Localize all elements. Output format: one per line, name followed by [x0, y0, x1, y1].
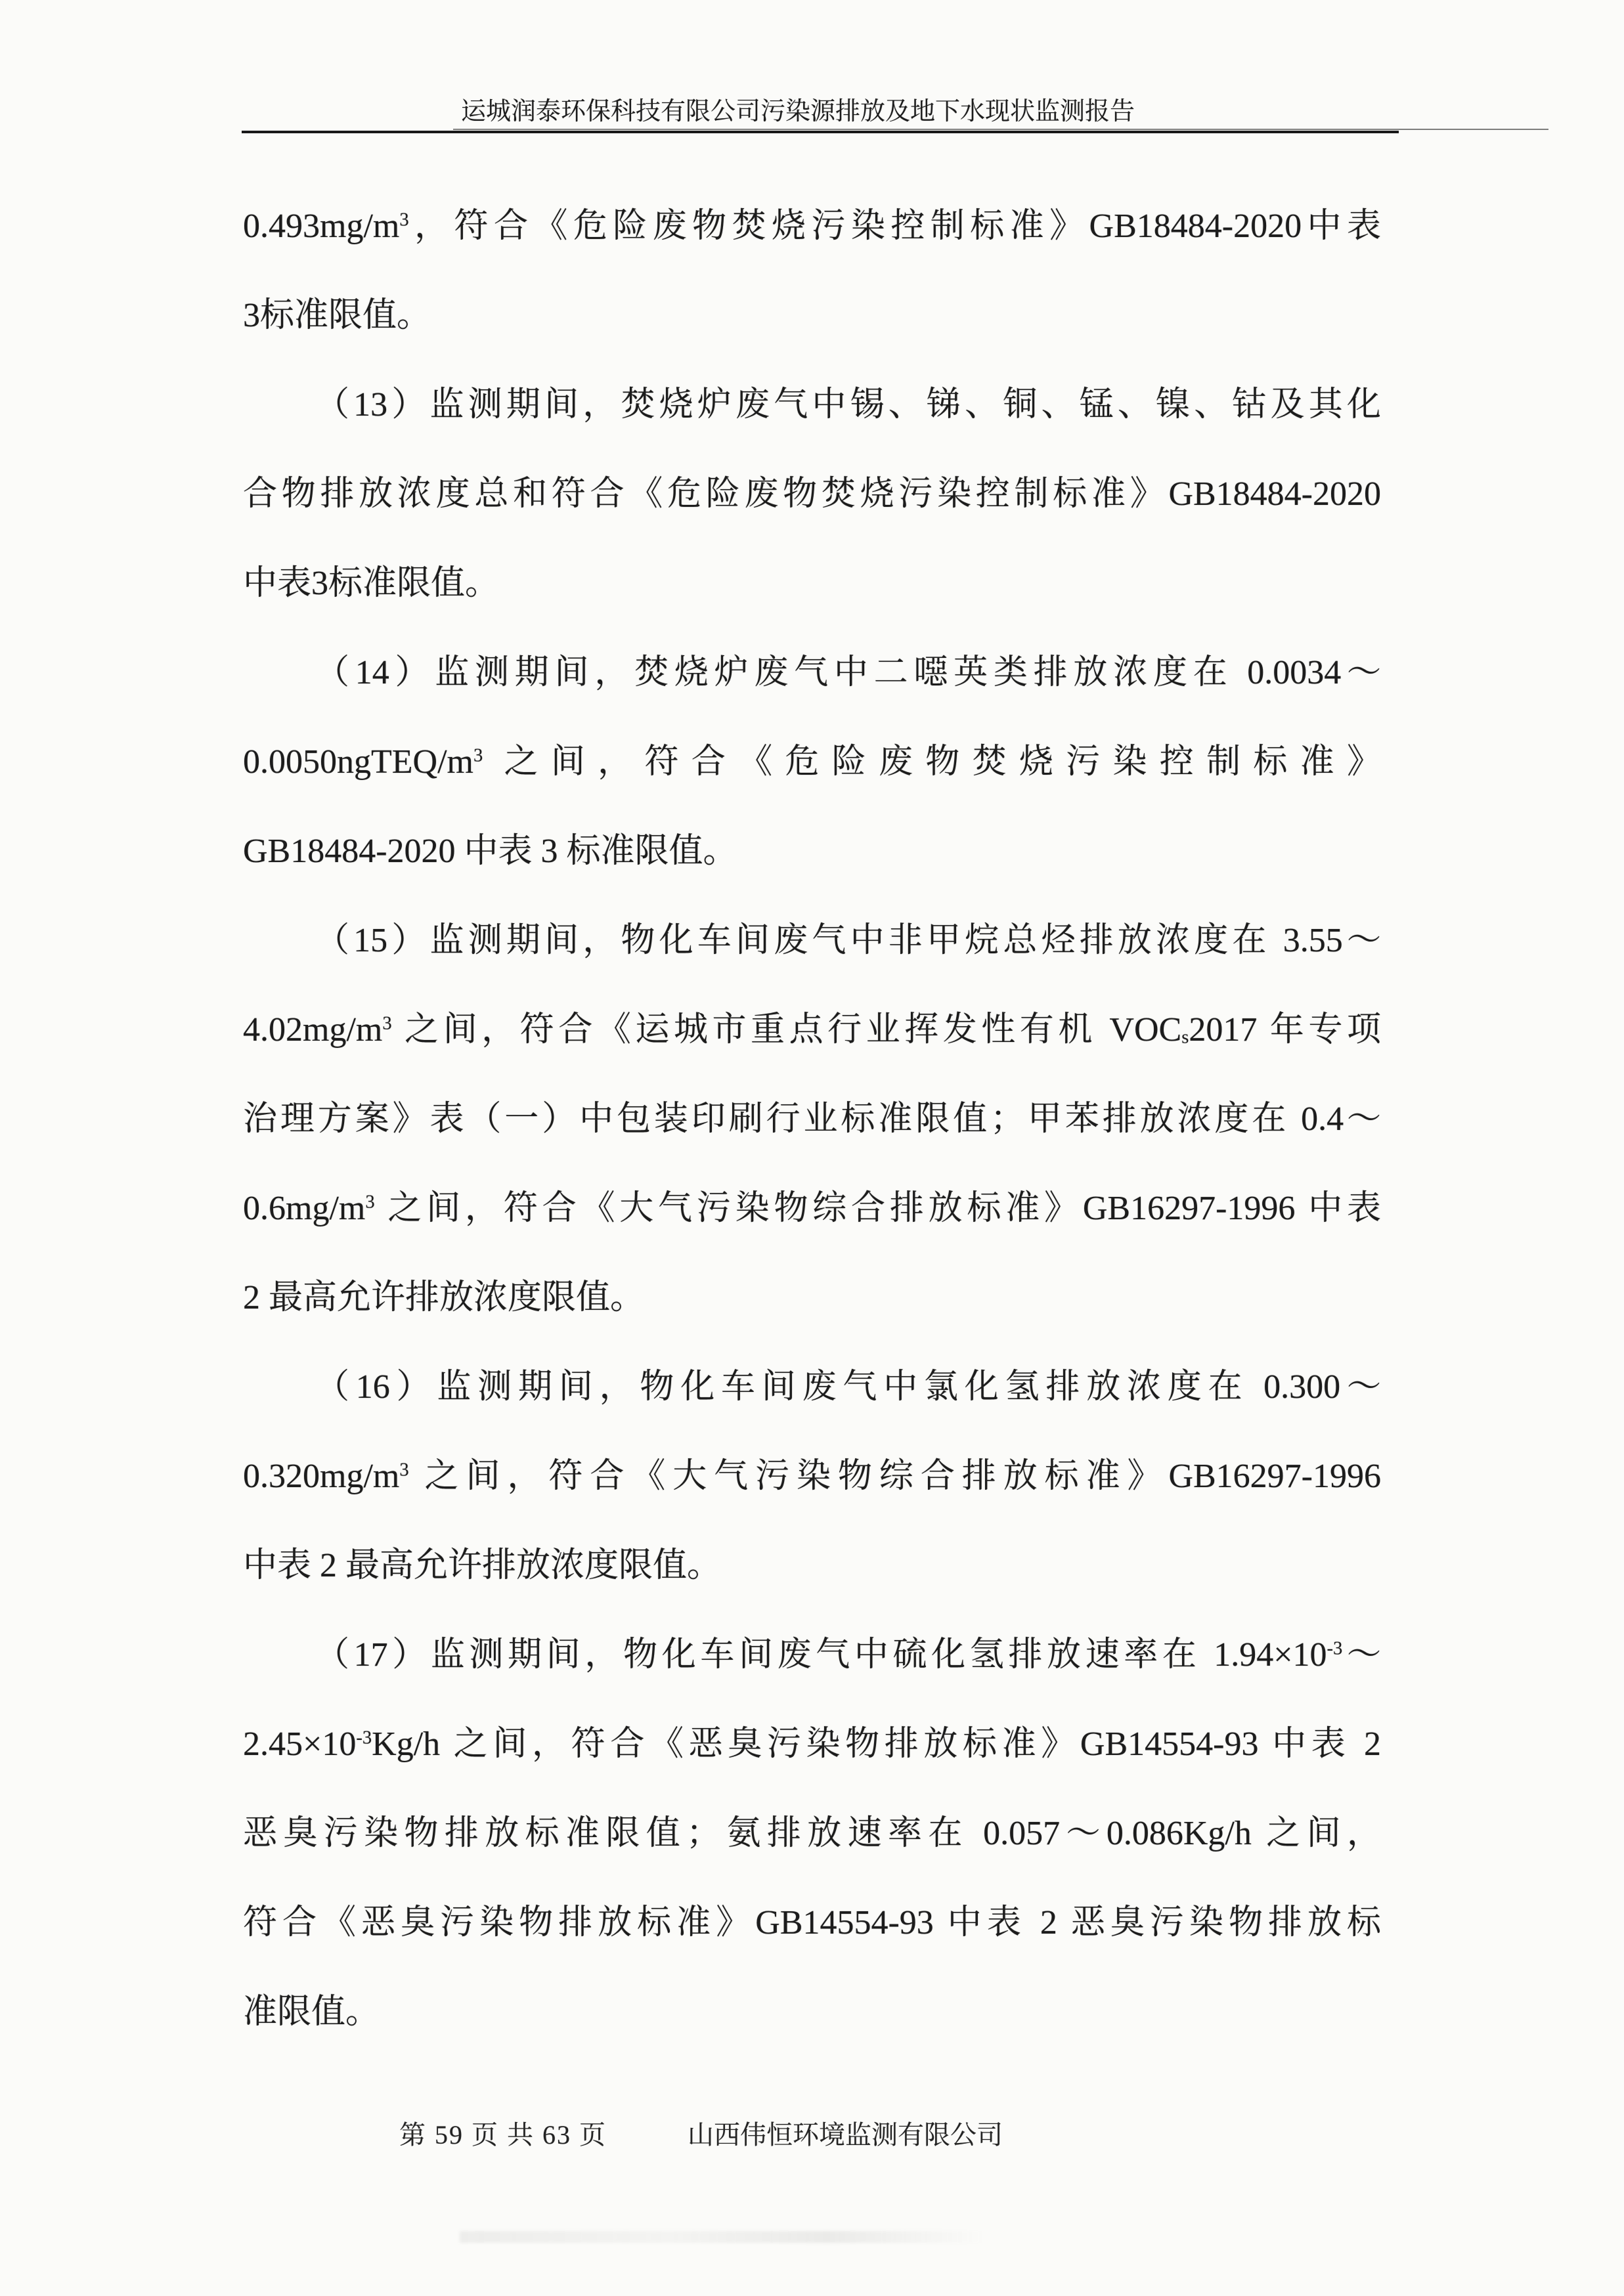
sup-text: 3 [399, 209, 408, 230]
header-rule-echo [453, 129, 1548, 130]
text-segment: 之间，符合《危险废物焚烧污染控制标准》 [483, 743, 1381, 781]
text-line: 中表3标准限值。 [243, 539, 1381, 628]
text-segment: Kg/h 之间，符合《恶臭污染物排放标准》GB14554-93 中表 2 [372, 1725, 1381, 1763]
scan-artifact [460, 2231, 985, 2243]
text-line: 0.6mg/m3 之间，符合《大气污染物综合排放标准》GB16297-1996 … [243, 1164, 1381, 1253]
text-line: 恶臭污染物排放标准限值；氨排放速率在 0.057～0.086Kg/h 之间， [243, 1789, 1381, 1878]
text-line: （15）监测期间，物化车间废气中非甲烷总烃排放浓度在 3.55～ [243, 896, 1381, 986]
text-line: 符合《恶臭污染物排放标准》GB14554-93 中表 2 恶臭污染物排放标 [243, 1878, 1381, 1968]
sup-text: 3 [399, 1460, 408, 1480]
text-line: 治理方案》表（一）中包装印刷行业标准限值；甲苯排放浓度在 0.4～ [243, 1075, 1381, 1164]
text-segment: 之间，符合《大气污染物综合排放标准》GB16297-1996 中表 [375, 1190, 1381, 1227]
text-segment: 恶臭污染物排放标准限值；氨排放速率在 0.057～0.086Kg/h 之间， [243, 1815, 1381, 1852]
paragraph-1: 0.493mg/m3，符合《危险废物焚烧污染控制标准》GB18484-2020中… [243, 182, 1381, 360]
sup-text: -3 [356, 1727, 372, 1748]
text-line: 中表 2 最高允许排放浓度限值。 [243, 1521, 1381, 1611]
text-segment: 0.0050ngTEQ/m [243, 743, 473, 781]
text-segment: 2 最高允许排放浓度限值。 [243, 1279, 644, 1316]
paragraph-3: （14）监测期间，焚烧炉废气中二噁英类排放浓度在 0.0034～0.0050ng… [243, 628, 1381, 896]
paragraph-5: （16）监测期间，物化车间废气中氯化氢排放浓度在 0.300～0.320mg/m… [243, 1343, 1381, 1611]
text-line: （14）监测期间，焚烧炉废气中二噁英类排放浓度在 0.0034～ [243, 628, 1381, 718]
text-segment: ～ [1342, 1636, 1381, 1674]
sup-text: -3 [1327, 1638, 1343, 1658]
text-line: 3标准限值。 [243, 271, 1381, 360]
text-line: （13）监测期间，焚烧炉废气中锡、锑、铜、锰、镍、钴及其化 [243, 360, 1381, 450]
text-segment: 0.6mg/m [243, 1190, 365, 1227]
text-line: 2.45×10-3Kg/h 之间，符合《恶臭污染物排放标准》GB14554-93… [243, 1700, 1381, 1789]
text-segment: 之间，符合《大气污染物综合排放标准》GB16297-1996 [409, 1458, 1381, 1495]
header-rule [242, 131, 1399, 133]
text-segment: 准限值。 [243, 1993, 380, 2031]
footer-company-name: 山西伟恒环境监测有限公司 [688, 2119, 1003, 2151]
paragraph-2: （13）监测期间，焚烧炉废气中锡、锑、铜、锰、镍、钴及其化合物排放浓度总和符合《… [243, 360, 1381, 628]
text-segment: GB18484-2020 中表 3 标准限值。 [243, 833, 737, 870]
report-page: 运城润泰环保科技有限公司污染源排放及地下水现状监测报告 0.493mg/m3，符… [0, 0, 1624, 2296]
text-line: 0.320mg/m3 之间，符合《大气污染物综合排放标准》GB16297-199… [243, 1432, 1381, 1521]
text-segment: 4.02mg/m [243, 1011, 382, 1049]
text-segment: 之间，符合《运城市重点行业挥发性有机 VOC [392, 1011, 1182, 1049]
text-line: （16）监测期间，物化车间废气中氯化氢排放浓度在 0.300～ [243, 1343, 1381, 1432]
text-segment: 0.493mg/m [243, 207, 399, 245]
text-segment: 治理方案》表（一）中包装印刷行业标准限值；甲苯排放浓度在 0.4～ [243, 1100, 1381, 1138]
sup-text: 3 [382, 1013, 391, 1033]
text-segment: 0.320mg/m [243, 1458, 399, 1495]
text-line: （17）监测期间，物化车间废气中硫化氢排放速率在 1.94×10-3～ [243, 1611, 1381, 1700]
text-line: 2 最高允许排放浓度限值。 [243, 1253, 1381, 1343]
text-segment: 符合《恶臭污染物排放标准》GB14554-93 中表 2 恶臭污染物排放标 [243, 1904, 1381, 1941]
paragraph-6: （17）监测期间，物化车间废气中硫化氢排放速率在 1.94×10-3～2.45×… [243, 1611, 1381, 2057]
text-segment: 中表 2 最高允许排放浓度限值。 [243, 1547, 721, 1584]
text-segment: （15）监测期间，物化车间废气中非甲烷总烃排放浓度在 3.55～ [315, 922, 1381, 959]
text-segment: （13）监测期间，焚烧炉废气中锡、锑、铜、锰、镍、钴及其化 [315, 386, 1381, 423]
text-segment: 中表3标准限值。 [243, 565, 499, 602]
document-body: 0.493mg/m3，符合《危险废物焚烧污染控制标准》GB18484-2020中… [243, 182, 1381, 2057]
text-segment: ，符合《危险废物焚烧污染控制标准》GB18484-2020中表 [409, 207, 1381, 245]
text-line: 准限值。 [243, 1968, 1381, 2057]
sup-text: 3 [473, 745, 483, 766]
paragraph-4: （15）监测期间，物化车间废气中非甲烷总烃排放浓度在 3.55～4.02mg/m… [243, 896, 1381, 1343]
text-segment: 3标准限值。 [243, 297, 431, 334]
sub-text: s [1181, 1027, 1189, 1047]
text-segment: 2.45×10 [243, 1725, 356, 1763]
text-segment: （17）监测期间，物化车间废气中硫化氢排放速率在 1.94×10 [315, 1636, 1327, 1674]
text-segment: （16）监测期间，物化车间废气中氯化氢排放浓度在 0.300～ [315, 1368, 1381, 1406]
text-segment: 2017 年专项 [1189, 1011, 1381, 1049]
text-line: 4.02mg/m3 之间，符合《运城市重点行业挥发性有机 VOCs2017 年专… [243, 986, 1381, 1075]
text-line: 0.493mg/m3，符合《危险废物焚烧污染控制标准》GB18484-2020中… [243, 182, 1381, 271]
text-segment: 合物排放浓度总和符合《危险废物焚烧污染控制标准》GB18484-2020 [243, 475, 1381, 513]
page-header-title: 运城润泰环保科技有限公司污染源排放及地下水现状监测报告 [0, 91, 1596, 127]
sup-text: 3 [365, 1192, 374, 1212]
text-segment: （14）监测期间，焚烧炉废气中二噁英类排放浓度在 0.0034～ [315, 654, 1381, 691]
page-footer: 第 59 页 共 63 页 山西伟恒环境监测有限公司 [243, 2119, 1381, 2159]
text-line: GB18484-2020 中表 3 标准限值。 [243, 807, 1381, 896]
text-line: 0.0050ngTEQ/m3 之间，符合《危险废物焚烧污染控制标准》 [243, 718, 1381, 807]
footer-page-number: 第 59 页 共 63 页 [399, 2119, 607, 2151]
text-line: 合物排放浓度总和符合《危险废物焚烧污染控制标准》GB18484-2020 [243, 450, 1381, 539]
